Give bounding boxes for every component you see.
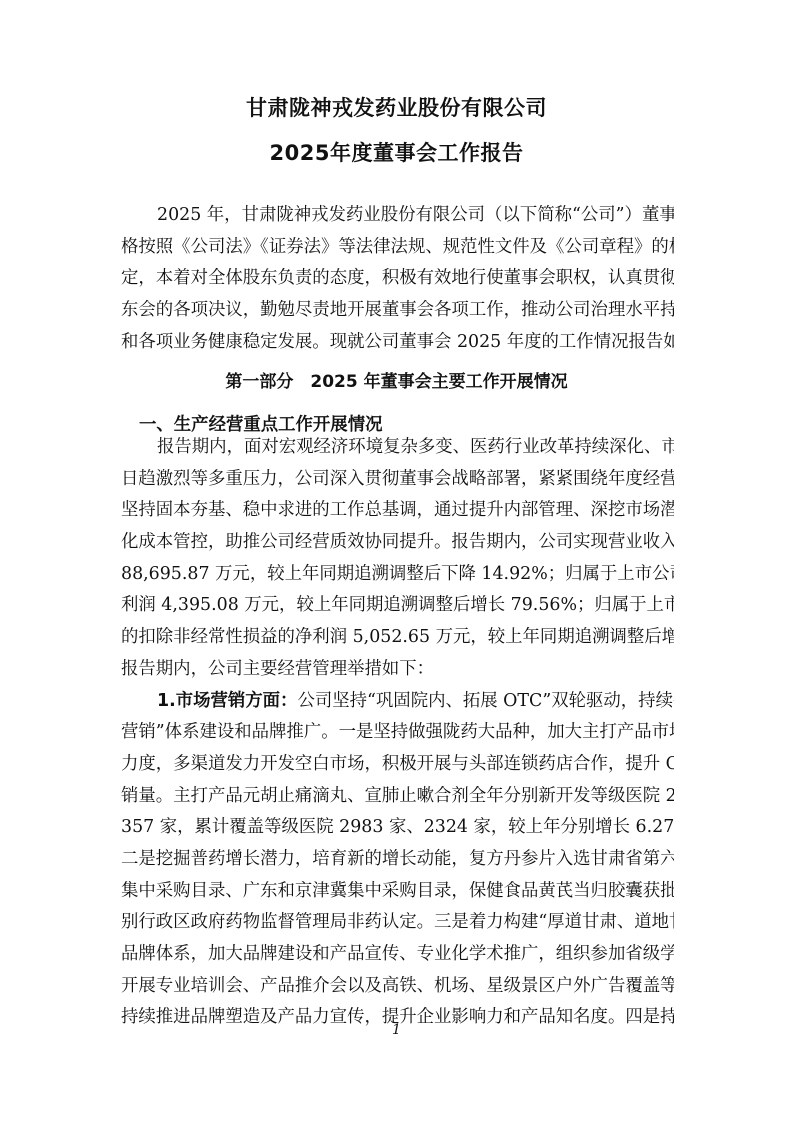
section-line: 报告期内，面对宏观经济环境复杂多变、医药行业改革持续深化、市场竞争 — [121, 432, 674, 464]
section-paragraph: 报告期内，面对宏观经济环境复杂多变、医药行业改革持续深化、市场竞争 日趋激烈等多… — [121, 432, 674, 1034]
section-line: 利润 4,395.08 万元，较上年同期追溯调整后增长 79.56%；归属于上市… — [121, 590, 674, 622]
item1-first-text: 公司坚持“巩固院内、拓展 OTC”双轮驱动，持续强化“大 — [297, 691, 674, 711]
section-line: 化成本管控，助推公司经营质效协同提升。报告期内，公司实现营业收入 — [121, 527, 674, 559]
item1-line: 二是挖掘普药增长潜力，培育新的增长动能，复方丹参片入选甘肃省第六批药品 — [121, 844, 674, 876]
intro-line: 东会的各项决议，勤勉尽责地开展董事会各项工作，推动公司治理水平持续提升 — [121, 295, 674, 327]
intro-line: 定，本着对全体股东负责的态度，积极有效地行使董事会职权，认真贯彻落实股 — [121, 263, 674, 295]
intro-line: 2025 年，甘肃陇神戎发药业股份有限公司（以下简称“公司”）董事会严 — [121, 200, 674, 232]
section-line: 的扣除非经常性损益的净利润 5,052.65 万元，较上年同期追溯调整后增长 7… — [121, 622, 674, 654]
page-number: 1 — [0, 1022, 793, 1038]
report-title: 2025年度董事会工作报告 — [0, 141, 793, 165]
company-title: 甘肃陇神戎发药业股份有限公司 — [0, 96, 793, 120]
item1-line: 营销”体系建设和品牌推广。一是坚持做强陇药大品种，加大主打产品市场销售 — [121, 717, 674, 749]
item1-line: 力度，多渠道发力开发空白市场，积极开展与头部连锁药店合作，提升 OTC 渠道 — [121, 749, 674, 781]
item1-line: 开展专业培训会、产品推介会以及高铁、机场、星级景区户外广告覆盖等方式， — [121, 971, 674, 1003]
intro-line: 格按照《公司法》《证券法》等法律法规、规范性文件及《公司章程》的相关规 — [121, 232, 674, 264]
item1-lead: 1.市场营销方面： — [157, 691, 297, 711]
section-line: 坚持固本夯基、稳中求进的工作总基调，通过提升内部管理、深挖市场潜力、强 — [121, 495, 674, 527]
section-line: 日趋激烈等多重压力，公司深入贯彻董事会战略部署，紧紧围绕年度经营目标， — [121, 464, 674, 496]
item1-line: 别行政区政府药物监督管理局非药认定。三是着力构建“厚道甘肃、道地甘药” — [121, 907, 674, 939]
document-page: 甘肃陇神戎发药业股份有限公司 2025年度董事会工作报告 2025 年，甘肃陇神… — [0, 0, 793, 1122]
item1-line: 集中采购目录、广东和京津冀集中采购目录，保健食品黄芪当归胶囊获批澳门特 — [121, 876, 674, 908]
item1-line: 品牌体系，加大品牌建设和产品宣传、专业化学术推广，组织参加省级学术年会、 — [121, 939, 674, 971]
section-line: 报告期内，公司主要经营管理举措如下： — [121, 654, 674, 686]
section-line: 88,695.87 万元，较上年同期追溯调整后下降 14.92%；归属于上市公司… — [121, 559, 674, 591]
intro-line: 和各项业务健康稳定发展。现就公司董事会 2025 年度的工作情况报告如下： — [121, 327, 674, 359]
item1-line: 357 家，累计覆盖等级医院 2983 家、2324 家，较上年分别增长 6.2… — [121, 812, 674, 844]
intro-paragraph: 2025 年，甘肃陇神戎发药业股份有限公司（以下简称“公司”）董事会严 格按照《… — [121, 200, 674, 358]
part-heading: 第一部分 2025 年董事会主要工作开展情况 — [0, 370, 793, 394]
item1-line: 销量。主打产品元胡止痛滴丸、宣肺止嗽合剂全年分别新开发等级医院 233 家、 — [121, 781, 674, 813]
item1-first-line: 1.市场营销方面：公司坚持“巩固院内、拓展 OTC”双轮驱动，持续强化“大 — [121, 686, 674, 718]
